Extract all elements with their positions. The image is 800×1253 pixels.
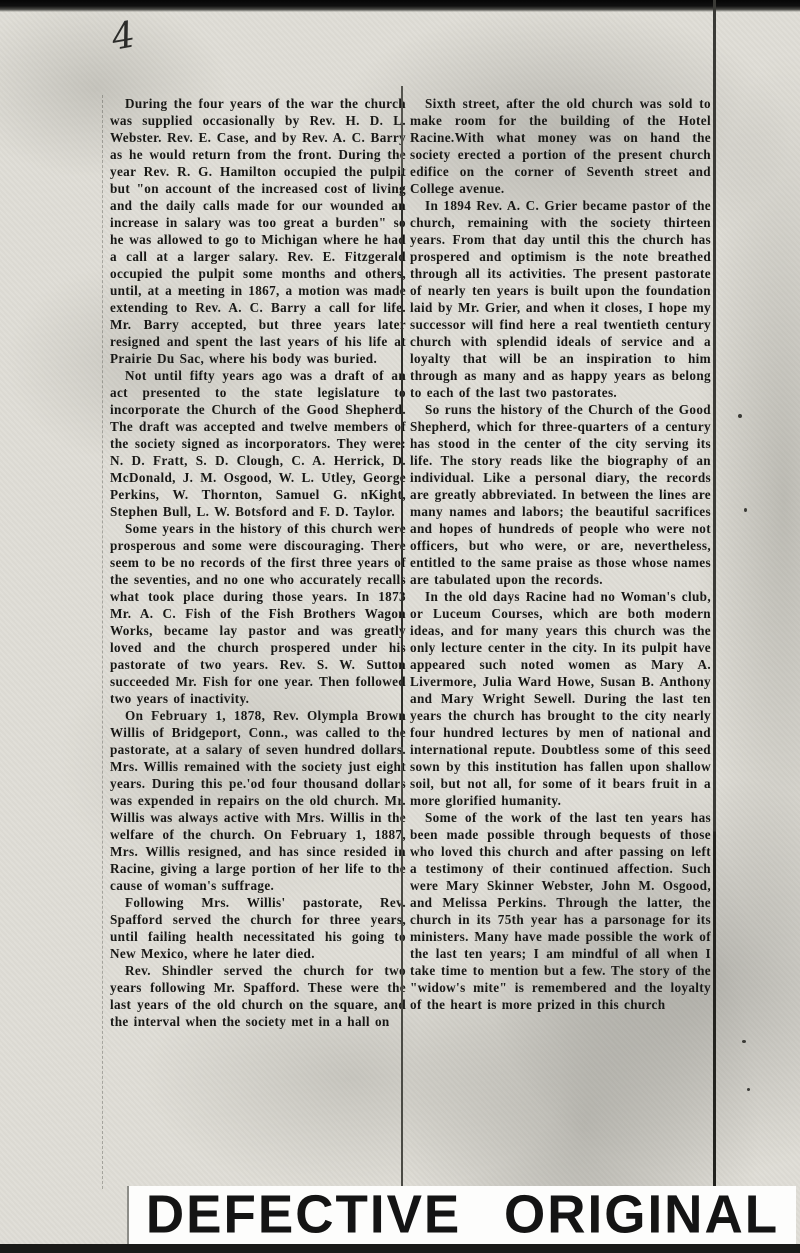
scan-speck	[742, 1040, 746, 1043]
article-paragraph: Rev. Shindler served the church for two …	[110, 962, 406, 1030]
column-divider-rule	[401, 86, 403, 1188]
article-left-column: During the four years of the war the chu…	[102, 95, 406, 1189]
scan-speck	[747, 1088, 750, 1091]
defective-original-stamp-band: DEFECTIVE ORIGINAL	[127, 1186, 796, 1244]
article-paragraph: Sixth street, after the old church was s…	[410, 95, 711, 197]
scan-top-edge	[0, 0, 800, 12]
article-paragraph: Some years in the history of this church…	[110, 520, 406, 707]
defective-original-stamp-text: DEFECTIVE ORIGINAL	[146, 1186, 779, 1243]
scan-speck	[738, 414, 742, 418]
article-paragraph: In the old days Racine had no Woman's cl…	[410, 588, 711, 809]
article-right-column: Sixth street, after the old church was s…	[410, 95, 711, 1163]
article-paragraph: Following Mrs. Willis' pastorate, Rev. S…	[110, 894, 406, 962]
scan-speck	[744, 508, 747, 512]
article-paragraph: On February 1, 1878, Rev. Olympla Brown …	[110, 707, 406, 894]
article-paragraph: In 1894 Rev. A. C. Grier became pastor o…	[410, 197, 711, 401]
article-paragraph: Not until fifty years ago was a draft of…	[110, 367, 406, 520]
article-paragraph: During the four years of the war the chu…	[110, 95, 406, 367]
article-paragraph: So runs the history of the Church of the…	[410, 401, 711, 588]
article-paragraph: Some of the work of the last ten years h…	[410, 809, 711, 1013]
scan-bottom-edge	[0, 1244, 800, 1253]
right-margin-rule	[713, 0, 716, 1188]
